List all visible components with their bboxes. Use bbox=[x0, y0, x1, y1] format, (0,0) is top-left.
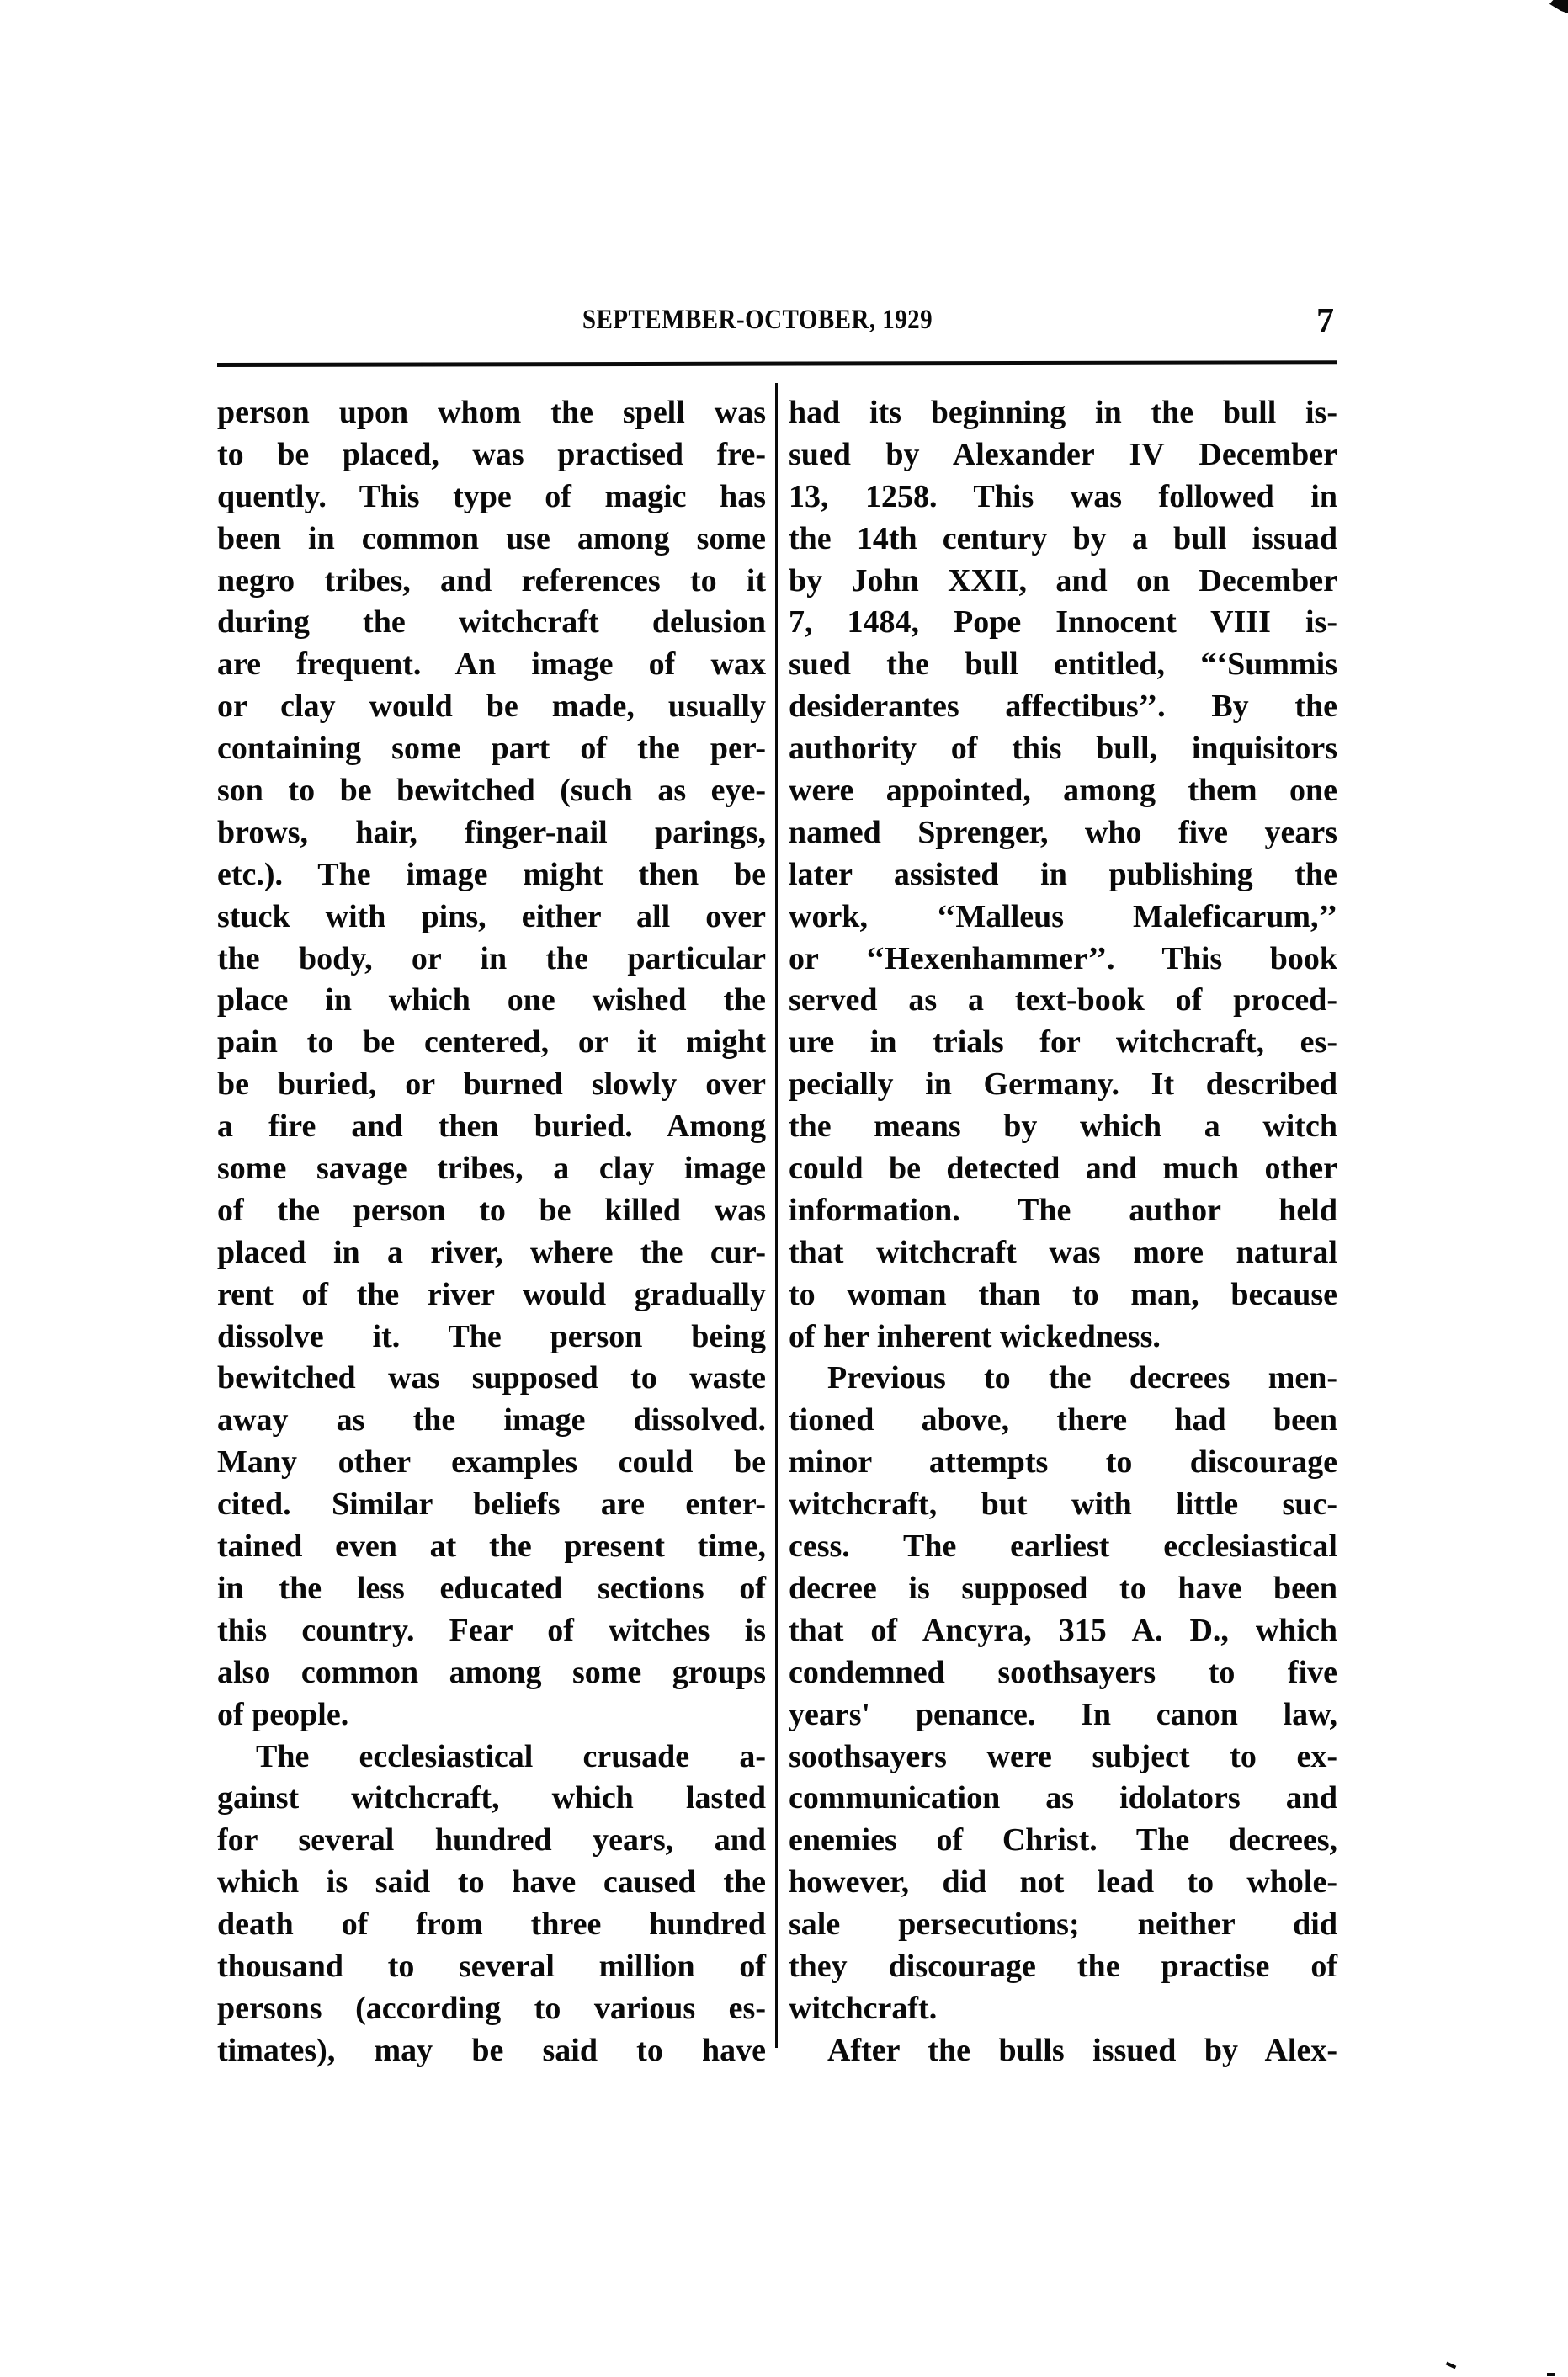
text-line: bewitched was supposed to waste bbox=[217, 1358, 766, 1400]
text-line: etc.). The image might then be bbox=[217, 854, 766, 896]
text-line: the 14th century by a bull issuad bbox=[789, 518, 1337, 561]
text-line: for several hundred years, and bbox=[217, 1820, 766, 1862]
text-line: condemned soothsayers to five bbox=[789, 1652, 1337, 1694]
text-line: also common among some groups bbox=[217, 1652, 766, 1694]
paragraph-start-line: Previous to the decrees men- bbox=[789, 1358, 1337, 1400]
text-line: sale persecutions; neither did bbox=[789, 1904, 1337, 1946]
text-line: authority of this bull, inquisitors bbox=[789, 728, 1337, 770]
text-line: quently. This type of magic has bbox=[217, 476, 766, 518]
text-line: cited. Similar beliefs are enter- bbox=[217, 1484, 766, 1526]
text-line: sued by Alexander IV December bbox=[789, 434, 1337, 476]
text-line: the body, or in the particular bbox=[217, 939, 766, 981]
text-line: brows, hair, finger-nail parings, bbox=[217, 812, 766, 854]
text-line: cess. The earliest ecclesiastical bbox=[789, 1526, 1337, 1568]
text-line: however, did not lead to whole- bbox=[789, 1862, 1337, 1904]
text-line: to woman than to man, because bbox=[789, 1274, 1337, 1316]
text-line: communication as idolators and bbox=[789, 1778, 1337, 1820]
scan-artifact-corner bbox=[1549, 0, 1568, 13]
text-line: had its beginning in the bull is- bbox=[789, 392, 1337, 434]
text-line: sued the bull entitled, “‘Summis bbox=[789, 644, 1337, 686]
text-line: persons (according to various es- bbox=[217, 1988, 766, 2030]
paragraph-start-line: The ecclesiastical crusade a- bbox=[217, 1736, 766, 1779]
text-line: witchcraft, but with little suc- bbox=[789, 1484, 1337, 1526]
text-line: to be placed, was practised fre- bbox=[217, 434, 766, 476]
text-line: or clay would be made, usually bbox=[217, 686, 766, 728]
text-line: gainst witchcraft, which lasted bbox=[217, 1778, 766, 1820]
text-line: thousand to several million of bbox=[217, 1946, 766, 1988]
text-line: dissolve it. The person being bbox=[217, 1316, 766, 1359]
text-line: Many other examples could be bbox=[217, 1442, 766, 1484]
text-line: tained even at the present time, bbox=[217, 1526, 766, 1568]
text-line: been in common use among some bbox=[217, 518, 766, 561]
page-number: 7 bbox=[1316, 301, 1334, 342]
paragraph-start-line: After the bulls issued by Alex- bbox=[789, 2030, 1337, 2072]
text-line: years' penance. In canon law, bbox=[789, 1694, 1337, 1736]
text-line: later assisted in publishing the bbox=[789, 854, 1337, 896]
text-line: be buried, or burned slowly over bbox=[217, 1064, 766, 1106]
text-line: placed in a river, where the cur- bbox=[217, 1232, 766, 1274]
text-line: were appointed, among them one bbox=[789, 770, 1337, 812]
text-line: that of Ancyra, 315 A. D., which bbox=[789, 1610, 1337, 1652]
text-line: ure in trials for witchcraft, es- bbox=[789, 1022, 1337, 1064]
text-line: containing some part of the per- bbox=[217, 728, 766, 770]
document-page: SEPTEMBER-OCTOBER, 1929 7 person upon wh… bbox=[0, 0, 1568, 2377]
text-line: desiderantes affectibus’’. By the bbox=[789, 686, 1337, 728]
text-line: place in which one wished the bbox=[217, 980, 766, 1022]
text-line: pecially in Germany. It described bbox=[789, 1064, 1337, 1106]
text-line: named Sprenger, who five years bbox=[789, 812, 1337, 854]
text-line: enemies of Christ. The decrees, bbox=[789, 1820, 1337, 1862]
text-line: in the less educated sections of bbox=[217, 1568, 766, 1610]
text-line: timates), may be said to have bbox=[217, 2030, 766, 2072]
text-line: the means by which a witch bbox=[789, 1106, 1337, 1148]
text-line: during the witchcraft delusion bbox=[217, 602, 766, 644]
text-line: which is said to have caused the bbox=[217, 1862, 766, 1904]
text-line: soothsayers were subject to ex- bbox=[789, 1736, 1337, 1779]
text-line: negro tribes, and references to it bbox=[217, 561, 766, 603]
text-line: 7, 1484, Pope Innocent VIII is- bbox=[789, 602, 1337, 644]
text-line: son to be bewitched (such as eye- bbox=[217, 770, 766, 812]
paragraph-end-line: of people. bbox=[217, 1694, 766, 1736]
text-line: information. The author held bbox=[789, 1190, 1337, 1232]
text-line: by John XXII, and on December bbox=[789, 561, 1337, 603]
paragraph-end-line: of her inherent wickedness. bbox=[789, 1316, 1337, 1359]
text-line: that witchcraft was more natural bbox=[789, 1232, 1337, 1274]
text-line: of the person to be killed was bbox=[217, 1190, 766, 1232]
text-line: pain to be centered, or it might bbox=[217, 1022, 766, 1064]
text-line: could be detected and much other bbox=[789, 1148, 1337, 1190]
text-line: this country. Fear of witches is bbox=[217, 1610, 766, 1652]
text-line: or ‘‘Hexenhammer’’. This book bbox=[789, 939, 1337, 981]
text-line: rent of the river would gradually bbox=[217, 1274, 766, 1316]
text-line: away as the image dissolved. bbox=[217, 1400, 766, 1442]
text-line: decree is supposed to have been bbox=[789, 1568, 1337, 1610]
text-line: they discourage the practise of bbox=[789, 1946, 1337, 1988]
paragraph-end-line: witchcraft. bbox=[789, 1988, 1337, 2030]
text-line: some savage tribes, a clay image bbox=[217, 1148, 766, 1190]
left-column: person upon whom the spell was to be pla… bbox=[217, 392, 766, 2072]
text-line: tioned above, there had been bbox=[789, 1400, 1337, 1442]
text-line: a fire and then buried. Among bbox=[217, 1106, 766, 1148]
column-divider bbox=[775, 383, 778, 2048]
running-header-title: SEPTEMBER-OCTOBER, 1929 bbox=[535, 305, 980, 336]
text-line: stuck with pins, either all over bbox=[217, 896, 766, 939]
scan-artifact-speck bbox=[1446, 2362, 1457, 2369]
text-line: 13, 1258. This was followed in bbox=[789, 476, 1337, 518]
text-line: death of from three hundred bbox=[217, 1904, 766, 1946]
text-line: served as a text-book of proced- bbox=[789, 980, 1337, 1022]
text-line: are frequent. An image of wax bbox=[217, 644, 766, 686]
scan-artifact-speck bbox=[1547, 2373, 1555, 2376]
text-line: person upon whom the spell was bbox=[217, 392, 766, 434]
header-rule bbox=[217, 360, 1337, 367]
text-line: minor attempts to discourage bbox=[789, 1442, 1337, 1484]
right-column: had its beginning in the bull is- sued b… bbox=[789, 392, 1337, 2072]
text-line: work, ‘‘Malleus Maleficarum,’’ bbox=[789, 896, 1337, 939]
